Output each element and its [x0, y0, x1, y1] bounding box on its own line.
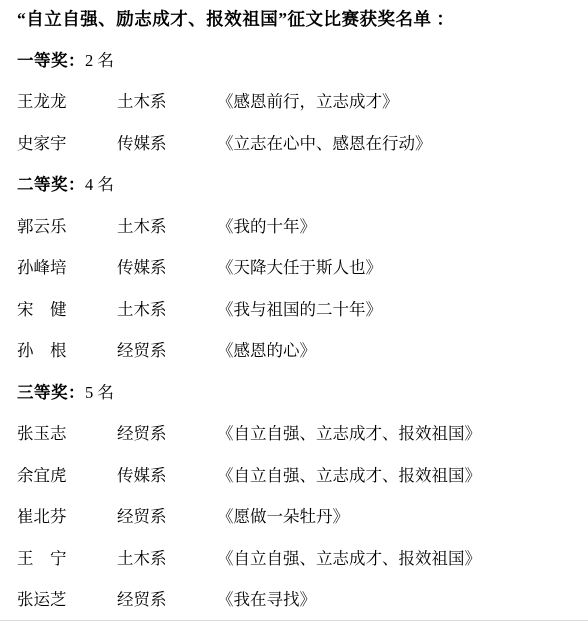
- essay-title: 《天降大任于斯人也》: [217, 257, 382, 279]
- winner-department: 土木系: [117, 91, 217, 113]
- essay-title: 《自立自强、立志成才、报效祖国》: [217, 548, 481, 570]
- essay-title: 《我的十年》: [217, 216, 316, 238]
- winner-department: 土木系: [117, 548, 217, 570]
- winner-department: 传媒系: [117, 133, 217, 155]
- winner-name: 王 宁: [17, 548, 117, 570]
- essay-title: 《自立自强、立志成才、报效祖国》: [217, 465, 481, 487]
- essay-title: 《我在寻找》: [217, 589, 316, 611]
- winner-department: 经贸系: [117, 423, 217, 445]
- winner-name: 余宜虎: [17, 465, 117, 487]
- winner-name: 张玉志: [17, 423, 117, 445]
- winner-department: 经贸系: [117, 506, 217, 528]
- winner-department: 传媒系: [117, 465, 217, 487]
- table-row: 孙峰培传媒系《天降大任于斯人也》: [17, 257, 578, 299]
- winner-department: 经贸系: [117, 340, 217, 362]
- section-header-first-prize: 一等奖：2 名: [17, 50, 578, 92]
- essay-title: 《愿做一朵牡丹》: [217, 506, 349, 528]
- table-row: 张运芝经贸系《我在寻找》: [17, 589, 578, 627]
- essay-title: 《立志在心中、感恩在行动》: [217, 133, 432, 155]
- winner-department: 传媒系: [117, 257, 217, 279]
- winner-department: 土木系: [117, 216, 217, 238]
- essay-title: 《自立自强、立志成才、报效祖国》: [217, 423, 481, 445]
- essay-title: 《感恩前行，立志成才》: [217, 91, 399, 113]
- table-row: 宋 健土木系《我与祖国的二十年》: [17, 299, 578, 341]
- section-header-third-prize: 三等奖：5 名: [17, 382, 578, 424]
- bottom-divider: [0, 620, 588, 621]
- winner-name: 史家宇: [17, 133, 117, 155]
- section-header-second-prize: 二等奖：4 名: [17, 174, 578, 216]
- winner-name: 孙 根: [17, 340, 117, 362]
- essay-title: 《我与祖国的二十年》: [217, 299, 382, 321]
- winner-name: 崔北芬: [17, 506, 117, 528]
- prize-count: 2 名: [85, 51, 114, 70]
- winner-department: 土木系: [117, 299, 217, 321]
- table-row: 孙 根经贸系《感恩的心》: [17, 340, 578, 382]
- winner-department: 经贸系: [117, 589, 217, 611]
- table-row: 余宜虎传媒系《自立自强、立志成才、报效祖国》: [17, 465, 578, 507]
- table-row: 郭云乐土木系《我的十年》: [17, 216, 578, 258]
- table-row: 史家宇传媒系《立志在心中、感恩在行动》: [17, 133, 578, 175]
- prize-tier-label: 二等奖：: [17, 175, 85, 194]
- prize-tier-label: 三等奖：: [17, 383, 85, 402]
- prize-count: 5 名: [85, 383, 114, 402]
- winner-name: 王龙龙: [17, 91, 117, 113]
- prize-count: 4 名: [85, 175, 114, 194]
- winner-name: 宋 健: [17, 299, 117, 321]
- table-row: 王龙龙土木系《感恩前行，立志成才》: [17, 91, 578, 133]
- page-title: “自立自强、励志成才、报效祖国”征文比赛获奖名单 ：: [17, 8, 578, 50]
- winner-name: 张运芝: [17, 589, 117, 611]
- essay-title: 《感恩的心》: [217, 340, 316, 362]
- table-row: 王 宁土木系《自立自强、立志成才、报效祖国》: [17, 548, 578, 590]
- winner-name: 孙峰培: [17, 257, 117, 279]
- table-row: 张玉志经贸系《自立自强、立志成才、报效祖国》: [17, 423, 578, 465]
- document-page: “自立自强、励志成才、报效祖国”征文比赛获奖名单 ： 一等奖：2 名 王龙龙土木…: [0, 0, 588, 627]
- winner-name: 郭云乐: [17, 216, 117, 238]
- table-row: 崔北芬经贸系《愿做一朵牡丹》: [17, 506, 578, 548]
- prize-tier-label: 一等奖：: [17, 51, 85, 70]
